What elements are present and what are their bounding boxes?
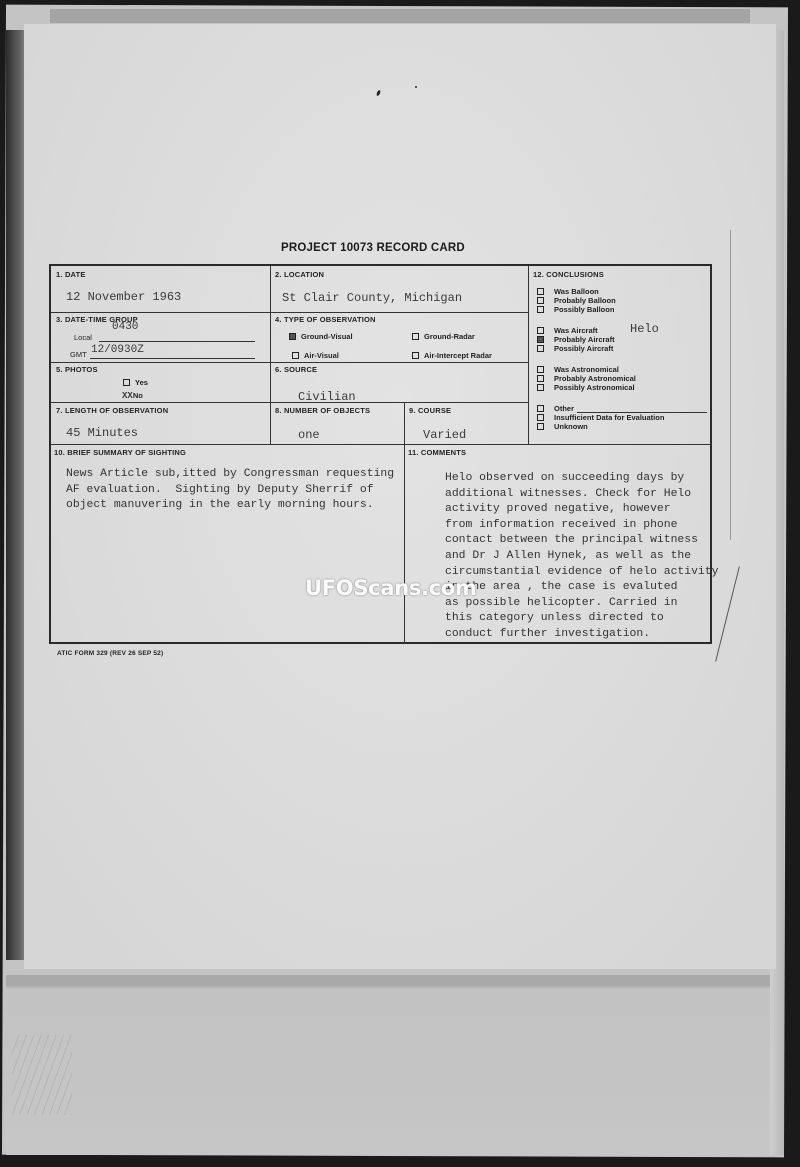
conclusion-possibly-astronomical[interactable]: Possibly Astronomical — [537, 383, 635, 392]
divider — [51, 312, 529, 313]
conclusion-was-balloon[interactable]: Was Balloon — [537, 287, 599, 296]
dust-speck — [415, 86, 417, 88]
gmt-time-value: 12/0930Z — [91, 344, 144, 356]
checkbox-icon[interactable] — [412, 333, 419, 340]
comments-label: 11. COMMENTS — [408, 448, 466, 457]
divider — [51, 402, 529, 403]
comment-line: from information received in phone — [445, 518, 718, 534]
checkbox-icon[interactable] — [123, 379, 130, 386]
local-time-underline — [99, 341, 255, 342]
location-value: St Clair County, Michigan — [282, 291, 462, 305]
date-label: 1. DATE — [56, 270, 86, 279]
checkbox-icon[interactable] — [412, 352, 419, 359]
conclusion-was-astronomical[interactable]: Was Astronomical — [537, 365, 619, 374]
dust-speck — [376, 90, 381, 97]
summary-line: News Article sub,itted by Congressman re… — [66, 467, 394, 483]
comment-line: contact between the principal witness — [445, 533, 718, 549]
checkbox-icon[interactable] — [537, 366, 544, 373]
local-time-label: Local — [74, 333, 92, 342]
checkbox-icon[interactable] — [537, 423, 544, 430]
checkbox-checked-icon[interactable] — [537, 336, 544, 343]
conclusion-insufficient-data[interactable]: Insufficient Data for Evaluation — [537, 413, 664, 422]
checkbox-icon[interactable] — [537, 345, 544, 352]
page-title: PROJECT 10073 RECORD CARD — [281, 242, 465, 254]
gmt-time-label: GMT — [70, 350, 87, 359]
watermark: UFOScans.com — [305, 576, 477, 600]
date-value: 12 November 1963 — [66, 290, 181, 304]
checkbox-icon[interactable] — [537, 306, 544, 313]
checkbox-icon[interactable] — [537, 327, 544, 334]
observation-ground-visual[interactable]: Ground-Visual — [289, 332, 353, 341]
conclusion-probably-astronomical[interactable]: Probably Astronomical — [537, 374, 636, 383]
course-value: Varied — [423, 428, 466, 442]
checkbox-icon[interactable] — [537, 405, 544, 412]
scratch-marks — [12, 1035, 72, 1115]
divider — [51, 362, 529, 363]
checkbox-icon[interactable] — [537, 384, 544, 391]
comment-line: Helo observed on succeeding days by — [445, 471, 718, 487]
form-number: ATIC FORM 329 (REV 26 SEP 52) — [57, 650, 163, 657]
comment-line: circumstantial evidence of helo activity — [445, 565, 718, 581]
comment-line: conduct further investigation. — [445, 627, 718, 643]
source-label: 6. SOURCE — [275, 365, 317, 374]
photos-yes[interactable]: Yes — [123, 378, 148, 387]
comment-line: and Dr J Allen Hynek, as well as the — [445, 549, 718, 565]
pen-mark — [730, 230, 731, 540]
gmt-time-underline — [90, 358, 255, 359]
local-time-value: 0430 — [112, 321, 138, 333]
divider — [404, 402, 405, 644]
handwritten-note: Helo — [630, 322, 659, 336]
summary-line: AF evaluation. Sighting by Deputy Sherri… — [66, 483, 394, 499]
conclusions-list: Was Balloon Probably Balloon Possibly Ba… — [529, 266, 712, 444]
source-value: Civilian — [298, 390, 356, 404]
brief-summary-text: News Article sub,itted by Congressman re… — [66, 467, 394, 514]
conclusion-unknown[interactable]: Unknown — [537, 422, 588, 431]
typed-x-mark: XX — [122, 391, 133, 401]
conclusion-probably-balloon[interactable]: Probably Balloon — [537, 296, 616, 305]
checkbox-icon[interactable] — [292, 352, 299, 359]
checkbox-icon[interactable] — [537, 288, 544, 295]
checkbox-icon[interactable] — [537, 414, 544, 421]
scan-top-strip — [50, 9, 750, 23]
comment-line: in the area , the case is evaluted — [445, 580, 718, 596]
length-of-observation-label: 7. LENGTH OF OBSERVATION — [56, 406, 168, 415]
number-of-objects-value: one — [298, 428, 320, 442]
observation-air-intercept-radar[interactable]: Air-Intercept Radar — [412, 351, 492, 360]
comment-line: additional witnesses. Check for Helo — [445, 487, 718, 503]
location-label: 2. LOCATION — [275, 270, 324, 279]
checkbox-icon[interactable] — [537, 375, 544, 382]
length-of-observation-value: 45 Minutes — [66, 426, 138, 440]
conclusion-probably-aircraft[interactable]: Probably Aircraft — [537, 335, 615, 344]
photos-label: 5. PHOTOS — [56, 365, 98, 374]
divider — [51, 444, 712, 445]
comment-line: this category unless directed to — [445, 611, 718, 627]
conclusion-was-aircraft[interactable]: Was Aircraft — [537, 326, 598, 335]
observation-air-visual[interactable]: Air-Visual — [292, 351, 339, 360]
number-of-objects-label: 8. NUMBER OF OBJECTS — [275, 406, 370, 415]
divider — [270, 266, 271, 444]
scan-lower-sheet — [6, 975, 784, 1155]
conclusion-possibly-balloon[interactable]: Possibly Balloon — [537, 305, 614, 314]
conclusion-possibly-aircraft[interactable]: Possibly Aircraft — [537, 344, 613, 353]
comments-text: Helo observed on succeeding days byaddit… — [445, 471, 718, 643]
summary-line: object manuvering in the early morning h… — [66, 498, 394, 514]
comment-line: as possible helicopter. Carried in — [445, 596, 718, 612]
brief-summary-label: 10. BRIEF SUMMARY OF SIGHTING — [54, 448, 186, 457]
observation-ground-radar[interactable]: Ground-Radar — [412, 332, 475, 341]
type-of-observation-label: 4. TYPE OF OBSERVATION — [275, 315, 376, 324]
course-label: 9. COURSE — [409, 406, 451, 415]
checkbox-icon[interactable] — [537, 297, 544, 304]
photos-no[interactable]: XXNo — [122, 391, 143, 401]
checkbox-checked-icon[interactable] — [289, 333, 296, 340]
comment-line: activity proved negative, however — [445, 502, 718, 518]
conclusion-other[interactable]: Other — [537, 404, 574, 413]
